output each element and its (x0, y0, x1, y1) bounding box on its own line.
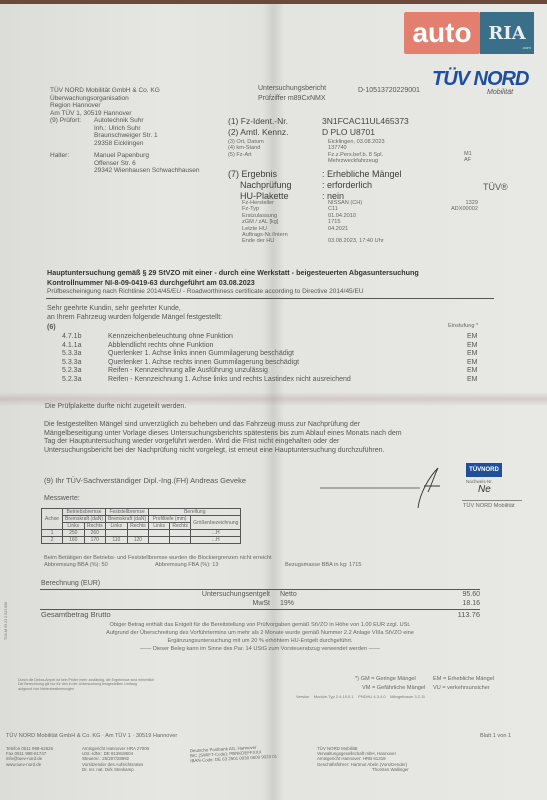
result-labels: (7) Ergebnis Nachprüfung HU-Plakette (228, 169, 292, 202)
tuv-stamp: TÜVNORD (466, 463, 502, 477)
legend-versions: Version Module-Typ 2.4.19.0.1 PNDHU 4.3.… (296, 694, 425, 699)
divider (46, 298, 494, 299)
measurement-cell (170, 537, 191, 544)
measurement-cell (149, 530, 170, 537)
defect-item: 5.3.3aQuerlenker 1. Achse links innen Gu… (62, 350, 482, 359)
calc-title: Berechnung (EUR) (41, 580, 100, 588)
result-values: : Erhebliche Mängel : erforderlich : nei… (322, 169, 402, 202)
label-ende: Ende der HU (242, 238, 288, 244)
defect-item: 4.1.1aAbblendlicht rechts ohne FunktionE… (62, 342, 482, 351)
hu-line1: Hauptuntersuchung gemäß § 29 StVZO mit e… (47, 268, 419, 278)
measurement-cell: 160 (63, 537, 85, 544)
defect-item: 5.2.3aReifen - Kennzeichnung 1. Achse li… (62, 376, 482, 385)
halter-block: Manuel Papenburg Offenser Str. 6 29342 W… (94, 152, 200, 175)
legend-em: EM = Erhebliche Mängel (433, 676, 494, 682)
h-l: Links (149, 523, 170, 530)
measurement-cell: 2 (42, 537, 63, 544)
legend-vm: VM = Gefährliche Mängel (362, 685, 425, 691)
extra-af: AF (464, 157, 472, 163)
measurement-cell: ...H (191, 530, 241, 537)
defect-code: 4.1.1a (62, 342, 81, 351)
defect-rating: EM (467, 359, 478, 368)
legend-vu: VU = verkehrsunsicher (433, 685, 490, 691)
field-label-kennz: (2) Amtl. Kennz. (228, 127, 288, 137)
measurement-cell: 1 (42, 530, 63, 537)
measurement-cell: 170 (84, 537, 106, 544)
org-block: TÜV NORD Mobilität GmbH & Co. KG Überwac… (50, 87, 160, 117)
greeting-line1: Sehr geehrte Kundin, sehr geehrter Kunde… (47, 305, 222, 314)
section-6: (6) (47, 324, 56, 332)
version-pnd: PNDHU 4.3.4.0 (358, 694, 386, 699)
small-field-extra: M1 AF (464, 151, 472, 164)
extra-typ: ADX00002 (440, 206, 478, 212)
measurement-cell: 260 (84, 530, 106, 537)
sub-bb: Bremskraft (daN) (63, 516, 106, 523)
defect-rating: EM (467, 342, 478, 351)
report-number: D-10513720229001 (358, 87, 420, 95)
footer-line: Dr. rer. nat. Dirk Stenkamp (82, 767, 149, 772)
defect-list: 4.7.1bKennzeichenbeleuchtung ohne Funkti… (62, 333, 482, 385)
hu-line2: Kontrollnummer NI-8-09-0419-63 durchgefü… (47, 278, 255, 288)
label-nachpruefung: Nachprüfung (228, 180, 292, 191)
greeting: Sehr geehrte Kundin, sehr geehrter Kunde… (47, 305, 222, 322)
halter-label: Halter: (50, 152, 69, 160)
version-module: Module-Typ 2.4.19.0.1 (314, 694, 354, 699)
calc-label-net: Untersuchungsentgelt (150, 591, 270, 599)
grp-bereifung: Bereifung (149, 509, 241, 516)
masse: Bezugsmasse BBA in kg: 1715 (285, 562, 362, 568)
measurement-cell (106, 530, 128, 537)
report-title: Untersuchungsbericht (258, 85, 326, 93)
defect-rating: EM (467, 376, 478, 385)
measurements-title: Messwerte: (44, 495, 80, 503)
sub-size: Größenbezeichnung (191, 516, 241, 530)
calc-suffix-net: Netto (280, 591, 297, 599)
defect-item: 5.2.3aReifen - Kennzeichnung alle Ausfüh… (62, 367, 482, 376)
calc-rule (40, 589, 480, 590)
version-mangel: Mängelbaum 3.2.11 (390, 694, 425, 699)
rating-header: Einstufung * (448, 323, 478, 329)
defect-text: Querlenker 1. Achse rechts innen Gummila… (108, 359, 299, 368)
org-line: Überwachungsorganisation (50, 95, 160, 103)
defect-rating: EM (467, 333, 478, 342)
defect-text: Abblendlicht rechts ohne Funktion (108, 342, 213, 351)
footer-col2: Amtsgericht Hannover HRA 27006 USt.-IdNr… (82, 746, 149, 772)
sub-pt: Profiltiefe (mm) (149, 516, 191, 523)
defect-text: Reifen - Kennzeichnung alle Ausführung u… (108, 367, 268, 376)
greeting-line2: an Ihrem Fahrzeug wurden folgende Mängel… (47, 314, 222, 323)
notice-line: Tag der Hauptuntersuchung wieder vorgefü… (44, 438, 402, 447)
pruefort-label: (9) Prüfort: (50, 117, 81, 125)
detail-values: NISSAN (CH) C11 01.04.2010 1715 04.2021 … (328, 200, 384, 245)
grp-fb: Feststellbremse (106, 509, 149, 516)
defect-rating: EM (467, 367, 478, 376)
defect-text: Reifen - Kennzeichnung 1. Achse links un… (108, 376, 351, 385)
notice-line: Mängelbeseitigung unter Vorlage dieses U… (44, 430, 402, 439)
defect-code: 5.3.3a (62, 350, 81, 359)
field-value-ident: 3N1FCAC11UL465373 (322, 116, 409, 126)
detail-labels: Fz-Hersteller Fz-Typ Erstzulassung zGM /… (242, 200, 288, 245)
legend-small: Durch die Dekra-Ampel ist kein Prüfer me… (18, 678, 154, 691)
measurement-cell (149, 537, 170, 544)
detail-extra: 1329 ADX00002 (440, 200, 478, 213)
calc-note: —— Dieser Beleg kann im Sinne des Par. 1… (60, 645, 460, 653)
value-ergebnis: Erhebliche Mängel (327, 169, 402, 179)
measurement-cell: 250 (63, 530, 85, 537)
tuv-nord-logo-sub: Mobilität (487, 89, 513, 96)
measurement-row: 2160170110120...H (42, 537, 241, 544)
bba: Abbremsung BBA (%): 50 (44, 562, 108, 568)
h-r: Rechts (84, 523, 106, 530)
measurement-cell: 120 (127, 537, 149, 544)
calc-note: Obiger Betrag enthält das Entgelt für di… (60, 621, 460, 629)
defect-code: 5.2.3a (62, 367, 81, 376)
legend-small-line: aufgrund von Nebenbestimmungen (18, 687, 154, 691)
small-field-labels: (3) Ort, Datum (4) km-Stand (5) Fz-Art (228, 139, 264, 158)
inspector: (9) Ihr TÜV-Sachverständiger Dipl.-Ing.(… (44, 477, 246, 485)
calc-value-net: 95.60 (440, 591, 480, 599)
defect-code: 4.7.1b (62, 333, 81, 342)
value-ende: 03.08.2023, 17:40 Uhr (328, 238, 384, 244)
notice-block: Die festgestellten Mängel sind unverzügl… (44, 421, 402, 455)
small-field-values: Eicklingen, 03.08.2023 137740 Fz.z.Pers.… (328, 139, 385, 165)
plakette-notice: Die Prüfplakette durfte nicht zugeteilt … (45, 403, 186, 411)
ria-text: RIA (488, 23, 525, 44)
autoria-logo-auto: auto (404, 12, 480, 54)
fba: Abbremsung FBA (%): 13 (155, 562, 218, 568)
calc-note: Ergänzungsuntersuchung mit um 20 % erhöh… (60, 637, 460, 645)
defect-text: Querlenker 1. Achse links innen Gummilag… (108, 350, 294, 359)
pruefort-block: Autotechnik Suhr Inh.: Ulrich Suhr Braun… (94, 117, 158, 147)
value-nachpruefung: erforderlich (327, 180, 372, 190)
version-label: Version (296, 694, 309, 699)
pruefort-line: Inh.: Ulrich Suhr (94, 125, 158, 133)
grp-bb: Betriebsbremse (63, 509, 106, 516)
measurement-cell (127, 530, 149, 537)
pruefort-line: Autotechnik Suhr (94, 117, 158, 125)
h-r: Rechts (170, 523, 191, 530)
notice-line: Untersuchungsbericht bei der Nachprüfung… (44, 447, 402, 456)
legend-gm: *) GM = Geringe Mängel (355, 676, 416, 682)
tuv-mark: TÜV® (483, 182, 508, 192)
h-l: Links (106, 523, 128, 530)
ria-sub: .com (522, 45, 531, 50)
measurement-cell: ...H (191, 537, 241, 544)
notice-line: Die festgestellten Mängel sind unverzügl… (44, 421, 402, 430)
measure-note: Beim Betätigen der Betriebs- und Festste… (44, 555, 272, 561)
halter-line: 29342 Wienhausen Schwachhausen (94, 167, 200, 175)
signature (320, 462, 460, 512)
initials: Ne (478, 484, 491, 495)
footer-line: Thorsten Wallinger (317, 767, 409, 772)
org-line: TÜV NORD Mobilität GmbH & Co. KG (50, 87, 160, 95)
footer-col4: TÜV NORD Mobilität Verwaltungsgesellscha… (317, 746, 409, 772)
calc-note: Aufgrund der Überschreitung des Vorführt… (60, 629, 460, 637)
stamp-rule (462, 500, 522, 501)
footer-address: TÜV NORD Mobilität GmbH & Co. KG · Am TÜ… (6, 733, 177, 739)
sub-fb: Bremskraft (daN) (106, 516, 149, 523)
tuv-nord-logo: TÜV NORD (432, 68, 528, 91)
total-value: 113.76 (440, 611, 480, 619)
total-label: Gesamtbetrag Brutto (41, 611, 111, 619)
halter-line: Manuel Papenburg (94, 152, 200, 160)
label-fzart: (5) Fz-Art (228, 152, 264, 158)
field-value-kennz: D PLO U8701 (322, 127, 375, 137)
pruefort-line: Braunschweiger Str. 1 (94, 132, 158, 140)
footer-col1: Telefon 0511 998-62526 Fax 0511 998-6174… (6, 746, 53, 767)
measurement-cell (170, 530, 191, 537)
calc-notes: Obiger Betrag enthält das Entgelt für di… (60, 621, 460, 653)
footer-web[interactable]: www.tuev-nord.de (6, 762, 53, 767)
h-l: Links (63, 523, 85, 530)
measurement-row: 1250260...H (42, 530, 241, 537)
measurements-table: Achse Betriebsbremse Feststellbremse Ber… (41, 508, 241, 544)
pruefort-line: 29358 Eicklingen (94, 140, 158, 148)
org-line: Region Hannover (50, 102, 160, 110)
defect-code: 5.3.3a (62, 359, 81, 368)
field-label-ident: (1) Fz-Ident.-Nr. (228, 116, 288, 126)
defect-item: 5.3.3aQuerlenker 1. Achse rechts innen G… (62, 359, 482, 368)
side-code: TÜV-M 09.23 2.023.656 (4, 602, 8, 640)
measurement-cell: 110 (106, 537, 128, 544)
defect-text: Kennzeichenbeleuchtung ohne Funktion (108, 333, 233, 342)
h-r: Rechts (127, 523, 149, 530)
value-fzart2: Mehrzweckfahrzeug (328, 158, 385, 164)
defect-code: 5.2.3a (62, 376, 81, 385)
calc-value-mwst: 18.16 (440, 600, 480, 608)
defect-rating: EM (467, 350, 478, 359)
hu-line3: Prüfbescheinigung nach Richtlinie 2014/4… (47, 288, 364, 296)
label-ergebnis: (7) Ergebnis (228, 169, 292, 180)
col-achse: Achse (42, 509, 63, 530)
calc-suffix-mwst: 19% (280, 600, 294, 608)
calc-label-mwst: MwSt (150, 600, 270, 608)
page-indicator: Blatt 1 von 1 (480, 733, 511, 739)
label-km: (4) km-Stand (228, 145, 264, 151)
halter-line: Offenser Str. 6 (94, 160, 200, 168)
stamp-footer: TÜV NORD Mobilität (463, 503, 515, 509)
pruefziffer: Prüfziffer m89CxNMX (258, 95, 326, 103)
defect-item: 4.7.1bKennzeichenbeleuchtung ohne Funkti… (62, 333, 482, 342)
